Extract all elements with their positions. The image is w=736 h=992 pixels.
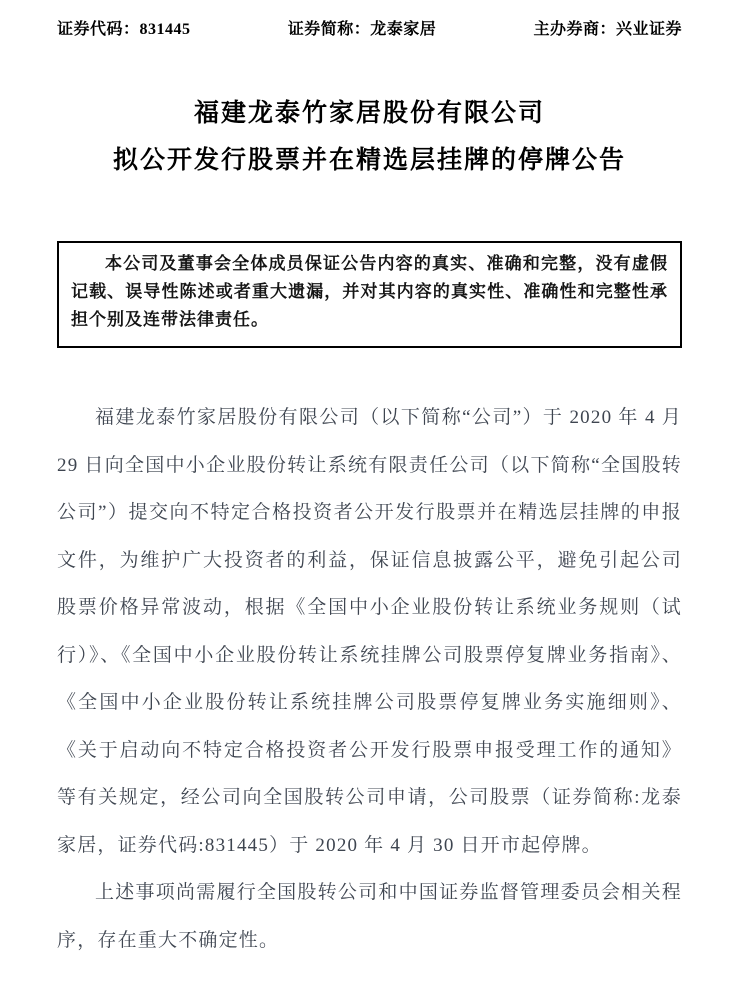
stock-code-label: 证券代码：: [57, 21, 140, 38]
body-paragraph: 福建龙泰竹家居股份有限公司（以下简称“公司”）于 2020 年 4 月 29 日…: [57, 394, 682, 869]
disclaimer-text: 本公司及董事会全体成员保证公告内容的真实、准确和完整，没有虚假记载、误导性陈述或…: [71, 250, 668, 334]
body-paragraph: 上述事项尚需履行全国股转公司和中国证券监督管理委员会相关程序，存在重大不确定性。: [57, 869, 682, 964]
lead-broker-item: 主办券商：兴业证券: [533, 18, 682, 42]
announcement-subject-title: 拟公开发行股票并在精选层挂牌的停牌公告: [57, 137, 682, 184]
disclaimer-box: 本公司及董事会全体成员保证公告内容的真实、准确和完整，没有虚假记载、误导性陈述或…: [57, 241, 682, 348]
stock-code-value: 831445: [140, 21, 191, 38]
document-page: 证券代码：831445 证券简称：龙泰家居 主办券商：兴业证券 福建龙泰竹家居股…: [0, 0, 736, 992]
announcement-body: 福建龙泰竹家居股份有限公司（以下简称“公司”）于 2020 年 4 月 29 日…: [57, 394, 682, 964]
lead-broker-value: 兴业证券: [616, 21, 682, 38]
announcement-title-block: 福建龙泰竹家居股份有限公司 拟公开发行股票并在精选层挂牌的停牌公告: [57, 90, 682, 184]
stock-short-name-value: 龙泰家居: [370, 21, 436, 38]
lead-broker-label: 主办券商：: [533, 21, 616, 38]
company-name-title: 福建龙泰竹家居股份有限公司: [57, 90, 682, 137]
stock-short-name-label: 证券简称：: [288, 21, 371, 38]
securities-info-header: 证券代码：831445 证券简称：龙泰家居 主办券商：兴业证券: [57, 18, 682, 42]
stock-code-item: 证券代码：831445: [57, 18, 191, 42]
stock-short-name-item: 证券简称：龙泰家居: [288, 18, 437, 42]
